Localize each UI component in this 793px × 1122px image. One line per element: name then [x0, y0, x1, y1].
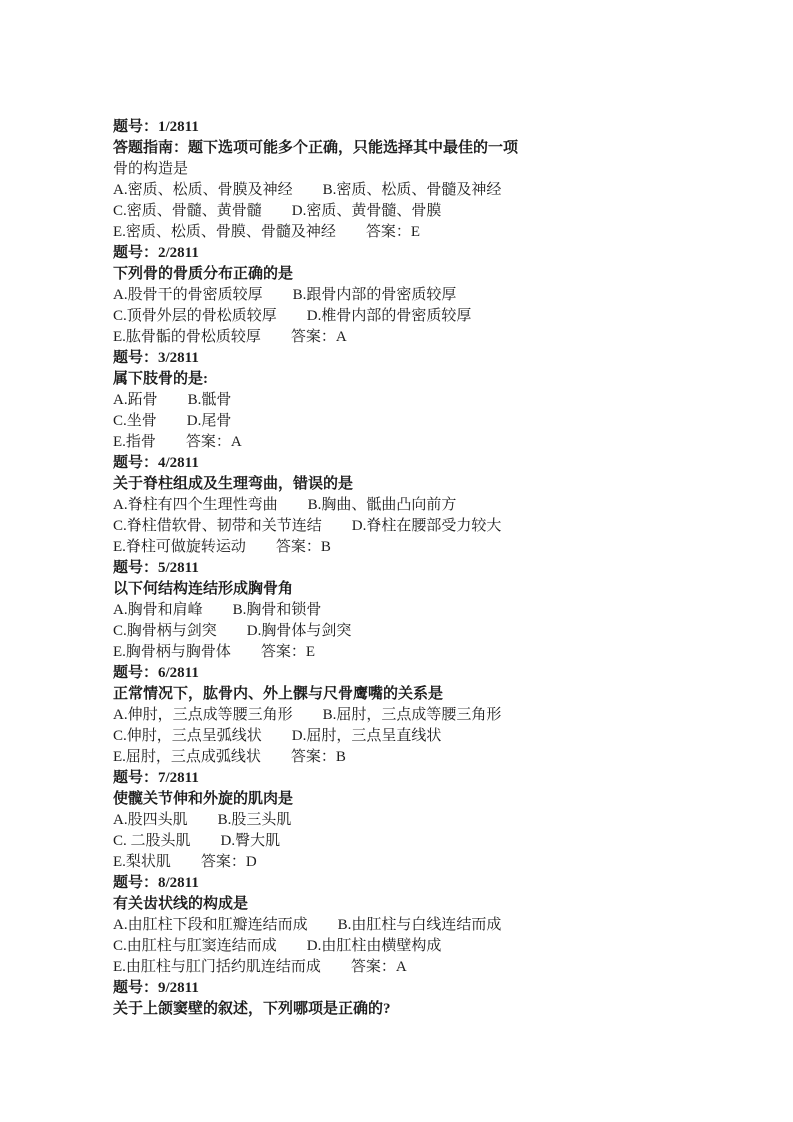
option: A.伸肘，三点成等腰三角形: [113, 707, 293, 723]
option-line: A.胸骨和肩峰B.胸骨和锁骨: [113, 600, 713, 621]
option-line: C.由肛柱与肛窦连结而成D.由肛柱由横壁构成: [113, 936, 713, 957]
option: A.胸骨和肩峰: [113, 602, 203, 618]
option: B.骶骨: [188, 392, 232, 408]
option: D.由肛柱由横壁构成: [307, 938, 442, 954]
option: C.脊柱借软骨、韧带和关节连结: [113, 518, 322, 534]
option-line: C.顶骨外层的骨松质较厚D.椎骨内部的骨密质较厚: [113, 306, 713, 327]
option-line: E.梨状肌答案：D: [113, 852, 713, 873]
question: 题号：3/2811属下肢骨的是:A.跖骨B.骶骨C.坐骨D.尾骨E.指骨答案：A: [113, 348, 713, 453]
document-page: 题号：1/2811答题指南：题下选项可能多个正确，只能选择其中最佳的一项骨的构造…: [0, 0, 793, 1122]
option-line: C.坐骨D.尾骨: [113, 411, 713, 432]
option: A.密质、松质、骨膜及神经: [113, 182, 293, 198]
option: E.由肛柱与肛门括约肌连结而成: [113, 959, 321, 975]
question-number: 题号：8/2811: [113, 873, 713, 894]
option-line: C.密质、骨髓、黄骨髓D.密质、黄骨髓、骨膜: [113, 201, 713, 222]
question-stem: 有关齿状线的构成是: [113, 894, 713, 915]
option: C.胸骨柄与剑突: [113, 623, 217, 639]
answer-label: 答案：D: [201, 854, 257, 870]
question: 题号：1/2811答题指南：题下选项可能多个正确，只能选择其中最佳的一项骨的构造…: [113, 117, 713, 243]
option: E.脊柱可做旋转运动: [113, 539, 246, 555]
option-line: A.由肛柱下段和肛瓣连结而成B.由肛柱与白线连结而成: [113, 915, 713, 936]
option-line: A.股骨干的骨密质较厚B.跟骨内部的骨密质较厚: [113, 285, 713, 306]
answer-label: 答案：A: [291, 329, 347, 345]
option: E.屈肘，三点成弧线状: [113, 749, 261, 765]
question-stem: 骨的构造是: [113, 159, 713, 180]
question: 题号：5/2811以下何结构连结形成胸骨角A.胸骨和肩峰B.胸骨和锁骨C.胸骨柄…: [113, 558, 713, 663]
option-line: E.胸骨柄与胸骨体答案：E: [113, 642, 713, 663]
option: B.由肛柱与白线连结而成: [338, 917, 502, 933]
option: A.跖骨: [113, 392, 158, 408]
option-line: C.胸骨柄与剑突D.胸骨体与剑突: [113, 621, 713, 642]
question-number: 题号：4/2811: [113, 453, 713, 474]
option: C.密质、骨髓、黄骨髓: [113, 203, 262, 219]
question-number: 题号：9/2811: [113, 978, 713, 999]
question-list: 题号：1/2811答题指南：题下选项可能多个正确，只能选择其中最佳的一项骨的构造…: [113, 117, 713, 1020]
option: E.肱骨骺的骨松质较厚: [113, 329, 261, 345]
question: 题号：6/2811正常情况下，肱骨内、外上髁与尺骨鹰嘴的关系是A.伸肘，三点成等…: [113, 663, 713, 768]
option-line: A.密质、松质、骨膜及神经B.密质、松质、骨髓及神经: [113, 180, 713, 201]
option: D.密质、黄骨髓、骨膜: [292, 203, 442, 219]
option: B.密质、松质、骨髓及神经: [323, 182, 502, 198]
option-line: C.伸肘，三点呈弧线状D.屈肘，三点呈直线状: [113, 726, 713, 747]
option: D.胸骨体与剑突: [247, 623, 352, 639]
option-line: A.跖骨B.骶骨: [113, 390, 713, 411]
answer-guide: 答题指南：题下选项可能多个正确，只能选择其中最佳的一项: [113, 138, 713, 159]
answer-label: 答案：B: [276, 539, 331, 555]
option: E.梨状肌: [113, 854, 171, 870]
option: D.脊柱在腰部受力较大: [352, 518, 502, 534]
question-stem: 正常情况下，肱骨内、外上髁与尺骨鹰嘴的关系是: [113, 684, 713, 705]
option: A.脊柱有四个生理性弯曲: [113, 497, 278, 513]
option-line: E.由肛柱与肛门括约肌连结而成答案：A: [113, 957, 713, 978]
option-line: A.股四头肌B.股三头肌: [113, 810, 713, 831]
answer-label: 答案：A: [186, 434, 242, 450]
question-number: 题号：1/2811: [113, 117, 713, 138]
answer-label: 答案：E: [261, 644, 315, 660]
option-line: C. 二股头肌D.臀大肌: [113, 831, 713, 852]
question: 题号：9/2811关于上颌窦壁的叙述，下列哪项是正确的?: [113, 978, 713, 1020]
option: C. 二股头肌: [113, 833, 191, 849]
question: 题号：7/2811使髋关节伸和外旋的肌肉是A.股四头肌B.股三头肌C. 二股头肌…: [113, 768, 713, 873]
option: B.胸曲、骶曲凸向前方: [308, 497, 457, 513]
option: A.股四头肌: [113, 812, 188, 828]
option-line: A.脊柱有四个生理性弯曲B.胸曲、骶曲凸向前方: [113, 495, 713, 516]
question-stem: 下列骨的骨质分布正确的是: [113, 264, 713, 285]
question-number: 题号：5/2811: [113, 558, 713, 579]
question-number: 题号：7/2811: [113, 768, 713, 789]
question: 题号：2/2811下列骨的骨质分布正确的是A.股骨干的骨密质较厚B.跟骨内部的骨…: [113, 243, 713, 348]
option: C.由肛柱与肛窦连结而成: [113, 938, 277, 954]
option: E.密质、松质、骨膜、骨髓及神经: [113, 224, 336, 240]
option: B.胸骨和锁骨: [233, 602, 322, 618]
answer-label: 答案：A: [351, 959, 407, 975]
option: B.股三头肌: [218, 812, 292, 828]
question-number: 题号：6/2811: [113, 663, 713, 684]
option: E.指骨: [113, 434, 156, 450]
option: A.由肛柱下段和肛瓣连结而成: [113, 917, 308, 933]
option-line: E.指骨答案：A: [113, 432, 713, 453]
option: C.伸肘，三点呈弧线状: [113, 728, 262, 744]
option-line: E.屈肘，三点成弧线状答案：B: [113, 747, 713, 768]
question-stem: 属下肢骨的是:: [113, 369, 713, 390]
option-line: E.脊柱可做旋转运动答案：B: [113, 537, 713, 558]
question-number: 题号：3/2811: [113, 348, 713, 369]
option: D.尾骨: [187, 413, 232, 429]
question-number: 题号：2/2811: [113, 243, 713, 264]
answer-label: 答案：B: [291, 749, 346, 765]
question-stem: 关于脊柱组成及生理弯曲，错误的是: [113, 474, 713, 495]
question-stem: 关于上颌窦壁的叙述，下列哪项是正确的?: [113, 999, 713, 1020]
option: D.椎骨内部的骨密质较厚: [307, 308, 472, 324]
option: C.顶骨外层的骨松质较厚: [113, 308, 277, 324]
question: 题号：4/2811关于脊柱组成及生理弯曲，错误的是A.脊柱有四个生理性弯曲B.胸…: [113, 453, 713, 558]
option: A.股骨干的骨密质较厚: [113, 287, 263, 303]
option: C.坐骨: [113, 413, 157, 429]
question-stem: 以下何结构连结形成胸骨角: [113, 579, 713, 600]
option: B.屈肘，三点成等腰三角形: [323, 707, 502, 723]
option-line: E.密质、松质、骨膜、骨髓及神经答案：E: [113, 222, 713, 243]
option: D.臀大肌: [221, 833, 281, 849]
option-line: C.脊柱借软骨、韧带和关节连结D.脊柱在腰部受力较大: [113, 516, 713, 537]
question: 题号：8/2811有关齿状线的构成是A.由肛柱下段和肛瓣连结而成B.由肛柱与白线…: [113, 873, 713, 978]
answer-label: 答案：E: [366, 224, 420, 240]
option-line: E.肱骨骺的骨松质较厚答案：A: [113, 327, 713, 348]
option: E.胸骨柄与胸骨体: [113, 644, 231, 660]
option: D.屈肘，三点呈直线状: [292, 728, 442, 744]
question-stem: 使髋关节伸和外旋的肌肉是: [113, 789, 713, 810]
option: B.跟骨内部的骨密质较厚: [293, 287, 457, 303]
option-line: A.伸肘，三点成等腰三角形B.屈肘，三点成等腰三角形: [113, 705, 713, 726]
